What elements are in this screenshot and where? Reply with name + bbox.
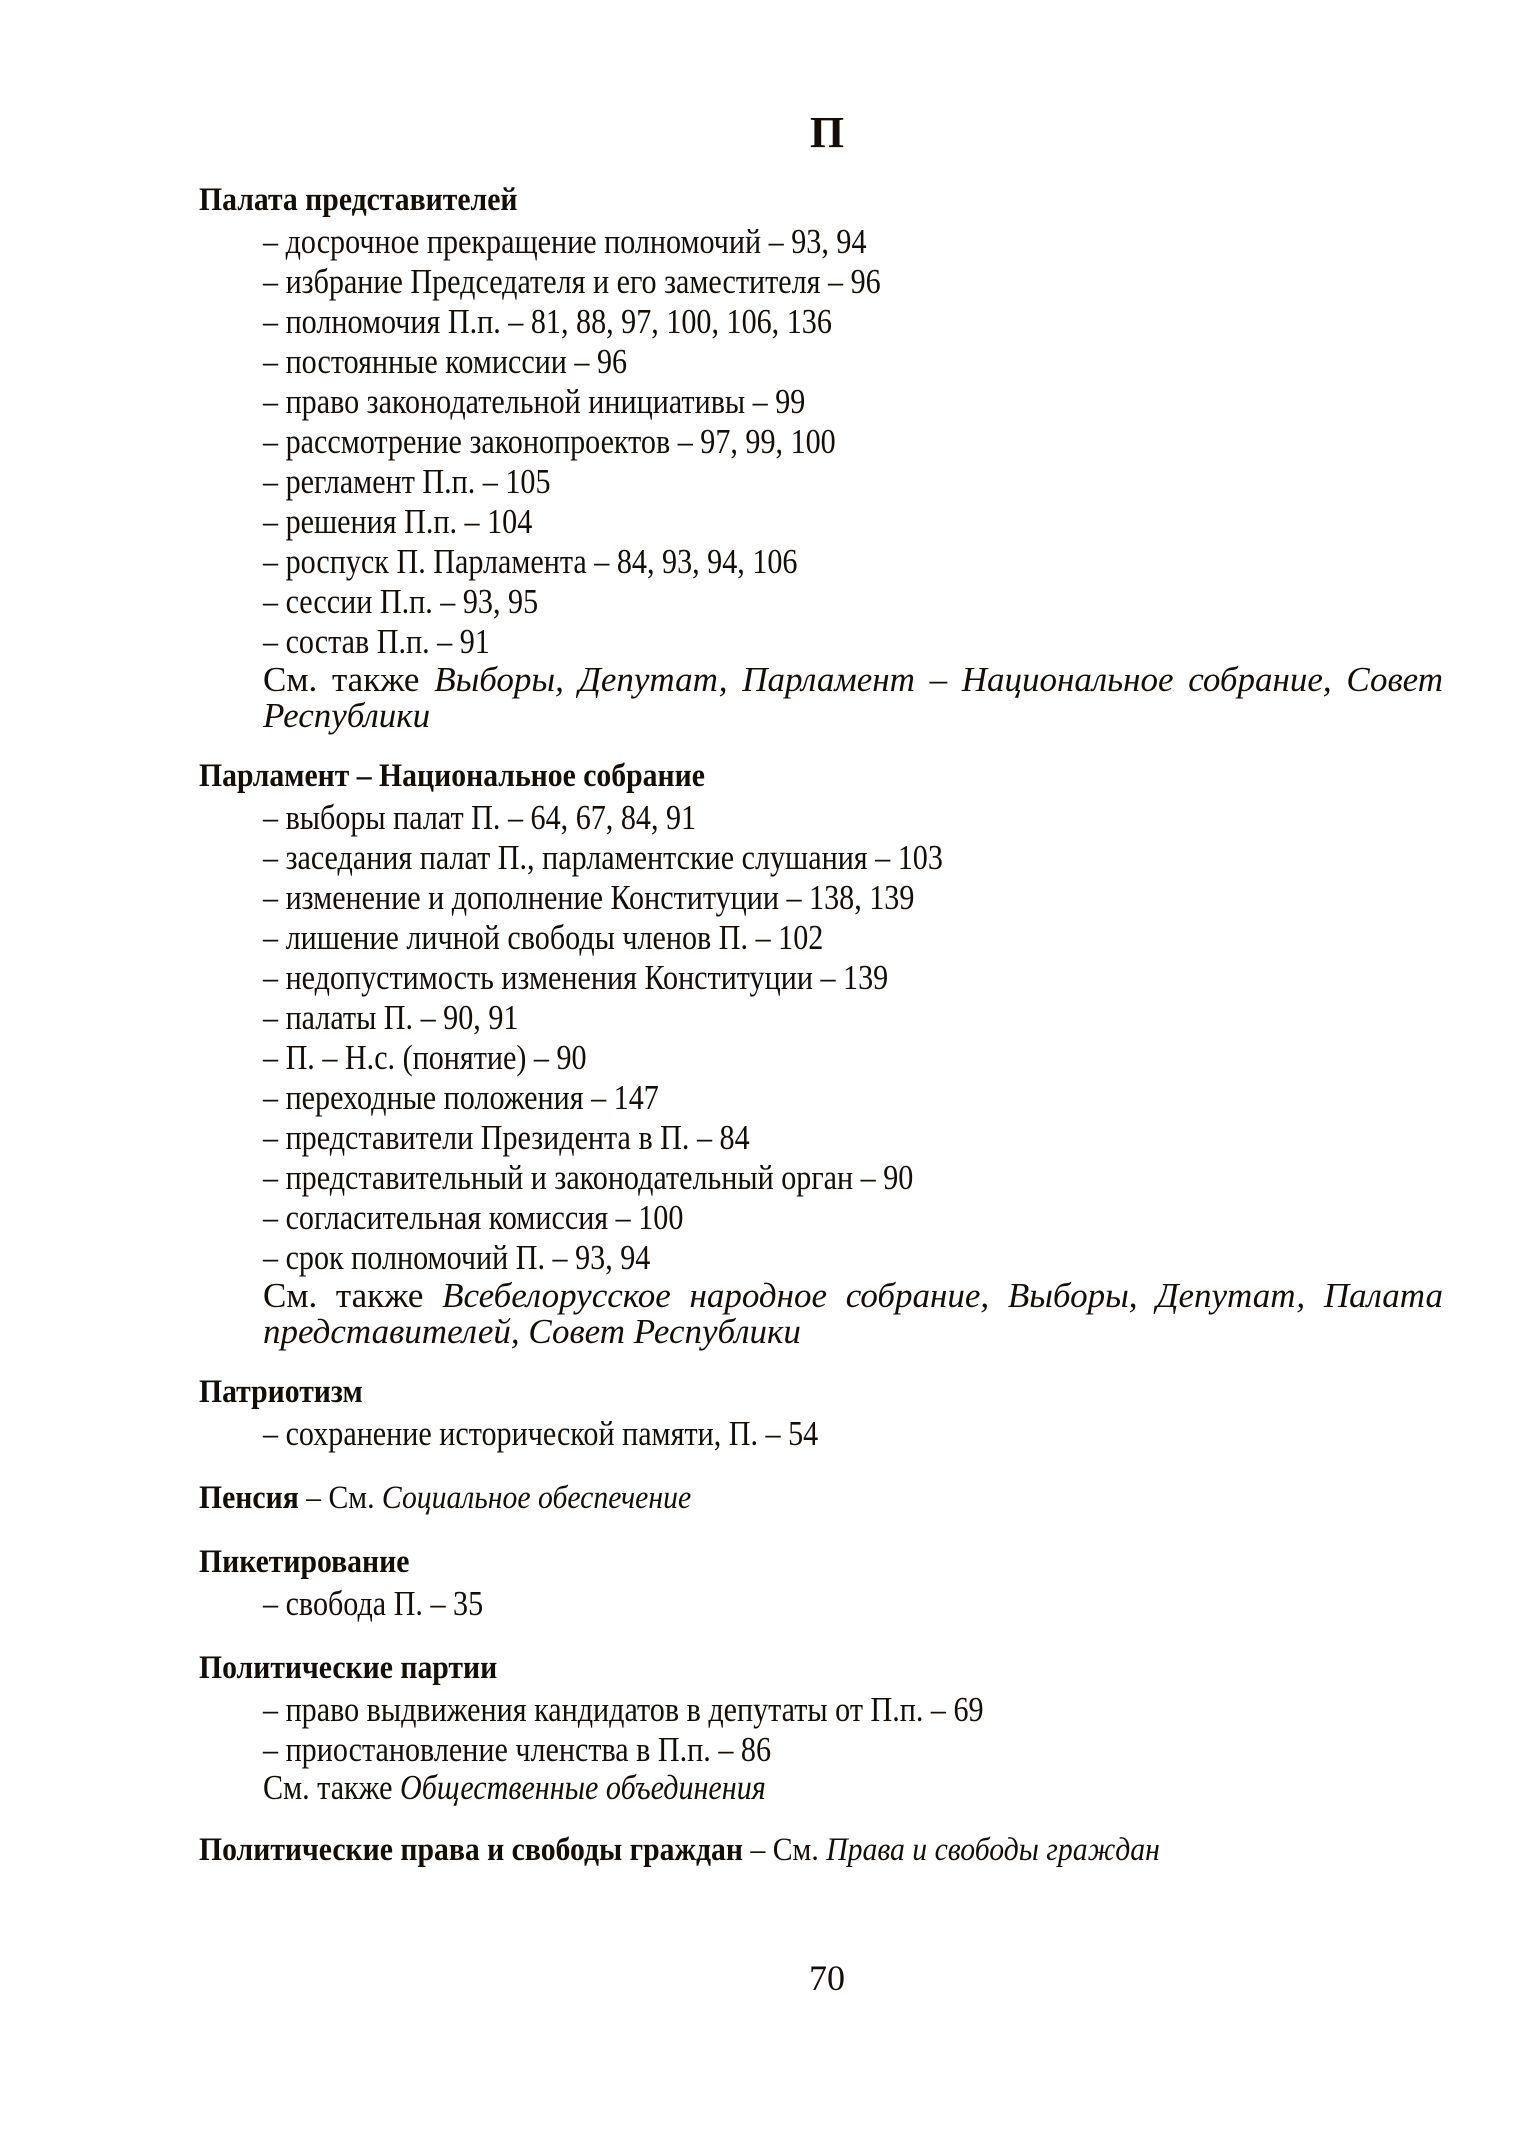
subentry: – заседания палат П., парламентские слуш… <box>263 838 1283 878</box>
subentry: – П. – Н.с. (понятие) – 90 <box>263 1038 1283 1078</box>
index-entry-piketirovanie: Пикетирование – свобода П. – 35 <box>199 1542 1449 1624</box>
subentry: – избрание Председателя и его заместител… <box>263 262 1283 302</box>
subentry: – постоянные комиссии – 96 <box>263 342 1283 382</box>
subentry: – свобода П. – 35 <box>263 1584 1283 1624</box>
index-entry-politicheskie-partii: Политические партии – право выдвижения к… <box>199 1648 1449 1806</box>
subentry: – регламент П.п. – 105 <box>263 462 1283 502</box>
subentry: – представители Президента в П. – 84 <box>263 1118 1283 1158</box>
index-content: Палата представителей – досрочное прекра… <box>199 180 1449 1894</box>
subentry: – полномочия П.п. – 81, 88, 97, 100, 106… <box>263 302 1283 342</box>
subentry: – досрочное прекращение полномочий – 93,… <box>263 222 1283 262</box>
subentry: – рассмотрение законопроектов – 97, 99, … <box>263 422 1283 462</box>
see-also: См. также Выборы, Депутат, Парламент – Н… <box>263 662 1443 734</box>
entry-heading-with-ref: Пенсия – См. Социальное обеспечение <box>199 1478 1324 1518</box>
subentry: – сессии П.п. – 93, 95 <box>263 582 1283 622</box>
subentry: – право выдвижения кандидатов в депутаты… <box>263 1690 1283 1730</box>
subentry-list: – свобода П. – 35 <box>263 1584 1449 1624</box>
cross-ref-separator: – См. <box>743 1832 826 1868</box>
entry-heading: Пенсия <box>199 1480 299 1516</box>
subentry-list: – право выдвижения кандидатов в депутаты… <box>263 1690 1449 1770</box>
see-also-label: См. также <box>263 1276 442 1315</box>
subentry: – недопустимость изменения Конституции –… <box>263 958 1283 998</box>
index-entry-patriotizm: Патриотизм – сохранение исторической пам… <box>199 1372 1449 1454</box>
see-also-label: См. также <box>263 1768 400 1807</box>
subentry: – выборы палат П. – 64, 67, 84, 91 <box>263 798 1283 838</box>
entry-heading: Политические партии <box>199 1648 1324 1688</box>
section-letter: П <box>0 108 1530 158</box>
entry-heading: Патриотизм <box>199 1372 1324 1412</box>
page-number: 70 <box>0 1958 1530 1998</box>
subentry: – переходные положения – 147 <box>263 1078 1283 1118</box>
subentry: – роспуск П. Парламента – 84, 93, 94, 10… <box>263 542 1283 582</box>
subentry: – срок полномочий П. – 93, 94 <box>263 1238 1283 1278</box>
subentry: – решения П.п. – 104 <box>263 502 1283 542</box>
entry-heading-with-ref: Политические права и свободы граждан – С… <box>199 1830 1324 1870</box>
subentry: – согласительная комиссия – 100 <box>263 1198 1283 1238</box>
see-also-label: См. также <box>263 660 434 699</box>
subentry: – право законодательной инициативы – 99 <box>263 382 1283 422</box>
see-also: См. также Всебелорусское народное собран… <box>263 1278 1443 1350</box>
index-entry-parlament: Парламент – Национальное собрание – выбо… <box>199 756 1449 1350</box>
see-also: См. также Общественные объединения <box>263 1770 1441 1806</box>
cross-ref: Права и свободы граждан <box>826 1832 1160 1868</box>
subentry-list: – досрочное прекращение полномочий – 93,… <box>263 222 1449 662</box>
see-also-refs: Выборы, Депутат, Парламент – Национально… <box>263 660 1443 735</box>
subentry: – изменение и дополнение Конституции – 1… <box>263 878 1283 918</box>
cross-ref: Социальное обеспечение <box>382 1480 691 1516</box>
index-entry-palata-predstaviteley: Палата представителей – досрочное прекра… <box>199 180 1449 734</box>
entry-heading: Политические права и свободы граждан <box>199 1832 743 1868</box>
subentry-list: – выборы палат П. – 64, 67, 84, 91 – зас… <box>263 798 1449 1278</box>
subentry-list: – сохранение исторической памяти, П. – 5… <box>263 1414 1449 1454</box>
entry-heading: Парламент – Национальное собрание <box>199 756 1324 796</box>
see-also-refs: Общественные объединения <box>400 1768 766 1807</box>
subentry: – палаты П. – 90, 91 <box>263 998 1283 1038</box>
subentry: – состав П.п. – 91 <box>263 622 1283 662</box>
index-entry-pensiya: Пенсия – См. Социальное обеспечение <box>199 1478 1449 1518</box>
subentry: – представительный и законодательный орг… <box>263 1158 1283 1198</box>
subentry: – приостановление членства в П.п. – 86 <box>263 1730 1283 1770</box>
cross-ref-separator: – См. <box>299 1480 382 1516</box>
subentry: – лишение личной свободы членов П. – 102 <box>263 918 1283 958</box>
entry-heading: Пикетирование <box>199 1542 1324 1582</box>
index-entry-politicheskie-prava: Политические права и свободы граждан – С… <box>199 1830 1449 1870</box>
entry-heading: Палата представителей <box>199 180 1324 220</box>
subentry: – сохранение исторической памяти, П. – 5… <box>263 1414 1283 1454</box>
index-page: П Палата представителей – досрочное прек… <box>0 0 1530 2129</box>
